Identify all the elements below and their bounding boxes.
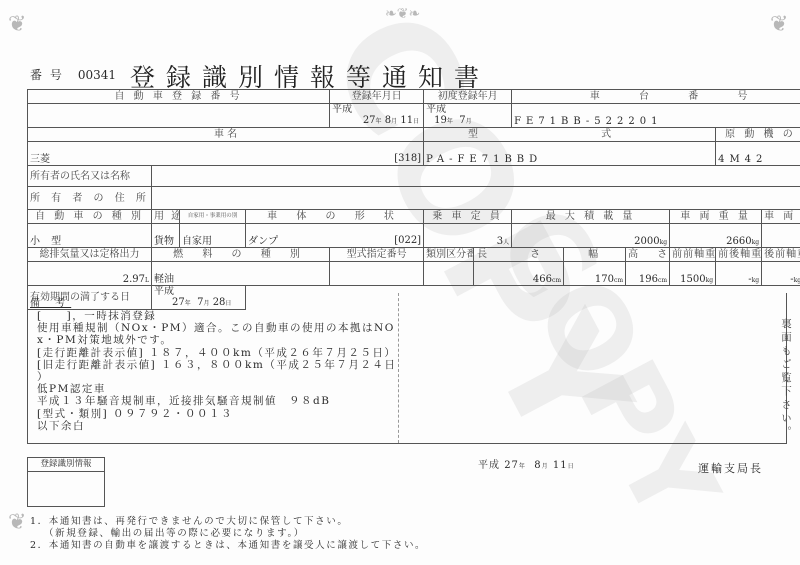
displacement-unit: L — [145, 277, 149, 284]
reg-date-era: 平成 — [332, 104, 421, 115]
issue-month: 8 — [534, 460, 541, 471]
reg-date-value: 平成 27年 8月 11日 — [330, 104, 424, 128]
first-reg-year: 19 — [434, 115, 447, 126]
displacement-label: 総排気量又は定格出力 — [28, 248, 152, 262]
id-info-box: 登録識別情報 — [27, 457, 105, 507]
unit-month: 月 — [466, 118, 472, 125]
remarks-line: 以下余白 — [37, 420, 786, 432]
remarks-section: 備 考 [ ]，一時抹消登録 使用車種規制（NOx・PM）適合。この自動車の使用… — [27, 293, 787, 444]
cm-unit: cm — [614, 277, 623, 284]
first-reg-era: 平成 — [426, 104, 509, 115]
vehicle-type-value: 小 型 — [28, 224, 152, 248]
unit-month: 月 — [542, 463, 549, 470]
ornament-top-center-icon: ❧❦❧ — [385, 6, 420, 22]
kg-unit: kg — [660, 239, 667, 246]
max-load-value: 2000 — [634, 236, 659, 247]
kg-unit: kg — [706, 277, 713, 284]
kg-unit: kg — [752, 277, 759, 284]
reg-date-year: 27 — [363, 115, 376, 126]
vehicle-type-label: 自 動 車 の 種 別 — [28, 210, 152, 224]
length-label: 長 さ — [474, 248, 564, 262]
document-number-value: 00341 — [78, 68, 116, 82]
engine-label: 原 動 機 の 型 式 — [716, 128, 800, 142]
ornament-bottom-left-icon: ❦ — [8, 510, 26, 535]
remarks-label: 備 考 — [28, 293, 786, 310]
ornament-top-left-icon: ❦ — [8, 12, 26, 37]
reg-date-day: 11 — [400, 115, 413, 126]
remarks-line: x・PM対策地域外です。 — [37, 334, 786, 346]
private-label: 自家用・事業用の別 — [180, 210, 246, 224]
front-front-axle-label: 前前軸重 — [670, 248, 716, 262]
model-label: 型 式 — [424, 128, 716, 142]
width-value: 170 — [595, 274, 614, 285]
first-reg-value: 平成 19年 7月 — [424, 104, 512, 128]
max-load-label: 最 大 積 載 量 — [512, 210, 670, 224]
rear-front-axle-label: 後前軸重 — [762, 248, 800, 262]
issue-era: 平成 — [478, 460, 500, 471]
category-label: 類別区分番号 — [424, 248, 474, 262]
model-value: PA-FE71BBD — [424, 142, 716, 166]
see-reverse-note: 裏面もご覧下さい。 — [780, 318, 794, 440]
body-shape-label: 車 体 の 形 状 — [246, 210, 424, 224]
kg-unit: kg — [752, 239, 759, 246]
registration-form: 自 動 車 登 録 番 号 登録年月日 初度登録年月 車 台 番 号 平成 27… — [27, 89, 800, 310]
unit-day: 日 — [568, 463, 575, 470]
remarks-line: 使用車種規制（NOx・PM）適合。この自動車の使用の本拠はNO — [37, 322, 786, 334]
reg-number-value — [28, 104, 330, 128]
gross-weight-label: 車 両 総 重 量 — [762, 210, 800, 224]
unit-year: 年 — [447, 118, 453, 125]
cm-unit: cm — [552, 277, 561, 284]
chassis-number-value: FE71BB-522201 — [512, 104, 800, 128]
car-name-label: 車 名 — [98, 128, 353, 141]
remarks-divider — [398, 293, 399, 443]
id-info-label: 登録識別情報 — [28, 458, 104, 472]
cm-unit: cm — [658, 277, 667, 284]
document-number-label: 番 号 — [30, 68, 64, 82]
use-label: 用 途 — [152, 210, 180, 224]
unit-year: 年 — [519, 463, 526, 470]
vehicle-weight-label: 車 両 重 量 — [670, 210, 762, 224]
body-shape-code: [022] — [394, 235, 421, 246]
footnote-2: 2．本通知書の自動車を譲渡するときは、本通知書を譲受人に譲渡して下さい。 — [30, 537, 426, 551]
kg-unit: kg — [794, 277, 800, 284]
remarks-line: [走行距離計表示値] １８７，４００km（平成２６年７月２５日） — [37, 347, 786, 359]
capacity-unit: 人 — [503, 239, 509, 246]
unit-year: 年 — [376, 118, 382, 125]
issuing-authority: 運輸支局長 — [698, 460, 763, 476]
front-rear-axle-label: 前後軸重 — [716, 248, 762, 262]
car-name-value: 三菱 — [30, 154, 50, 165]
category-value — [424, 262, 474, 286]
type-designation-value — [330, 262, 424, 286]
unit-month: 月 — [391, 118, 397, 125]
car-name-code: [318] — [394, 153, 421, 164]
ornament-top-right-icon: ❦ — [770, 12, 788, 37]
unit-day: 日 — [413, 118, 419, 125]
fuel-value: 軽油 — [152, 262, 330, 286]
remarks-line: [旧走行距離計表示値] １６３，８００km（平成２５年７月２４日 — [37, 359, 786, 371]
first-reg-label: 初度登録年月 — [424, 90, 512, 104]
document-number: 番 号00341 — [30, 66, 116, 83]
remarks-line: ） — [37, 371, 786, 383]
remarks-line: [型式・類別] ０９７９２・００１３ — [37, 408, 786, 420]
use-value: 貨物 — [152, 224, 180, 248]
owner-name-value — [152, 166, 800, 187]
reg-date-label: 登録年月日 — [330, 90, 424, 104]
issue-date: 平成 27年 8月 11日 — [478, 456, 575, 471]
chassis-label: 車 台 番 号 — [512, 90, 800, 104]
front-front-axle-value: 1500 — [680, 274, 705, 285]
owner-address-label: 所 有 者 の 住 所 — [28, 187, 152, 210]
remarks-line: 低PM認定車 — [37, 383, 786, 395]
issue-year: 27 — [504, 460, 519, 471]
remarks-line: 平成１３年騒音規制車，近接排気騒音規制値 ９８dB — [37, 395, 786, 407]
body-shape-value: ダンプ — [248, 236, 278, 247]
fuel-label: 燃 料 の 種 別 — [152, 248, 330, 262]
capacity-label: 乗 車 定 員 — [424, 210, 512, 224]
length-value: 466 — [533, 274, 552, 285]
height-value: 196 — [639, 274, 658, 285]
height-label: 高 さ — [626, 248, 670, 262]
remarks-line: [ ]，一時抹消登録 — [37, 310, 786, 322]
owner-name-label: 所有者の氏名又は名称 — [28, 166, 152, 187]
type-designation-label: 型式指定番号 — [330, 248, 424, 262]
width-label: 幅 — [564, 248, 626, 262]
vehicle-weight-value: 2660 — [726, 236, 751, 247]
displacement-value: 2.97 — [123, 274, 145, 285]
issue-day: 11 — [553, 460, 568, 471]
engine-type-value: 4M42 — [716, 142, 800, 166]
remarks-body: [ ]，一時抹消登録 使用車種規制（NOx・PM）適合。この自動車の使用の本拠は… — [28, 310, 786, 432]
reg-number-label: 自 動 車 登 録 番 号 — [28, 90, 330, 104]
private-value: 自家用 — [180, 224, 246, 248]
